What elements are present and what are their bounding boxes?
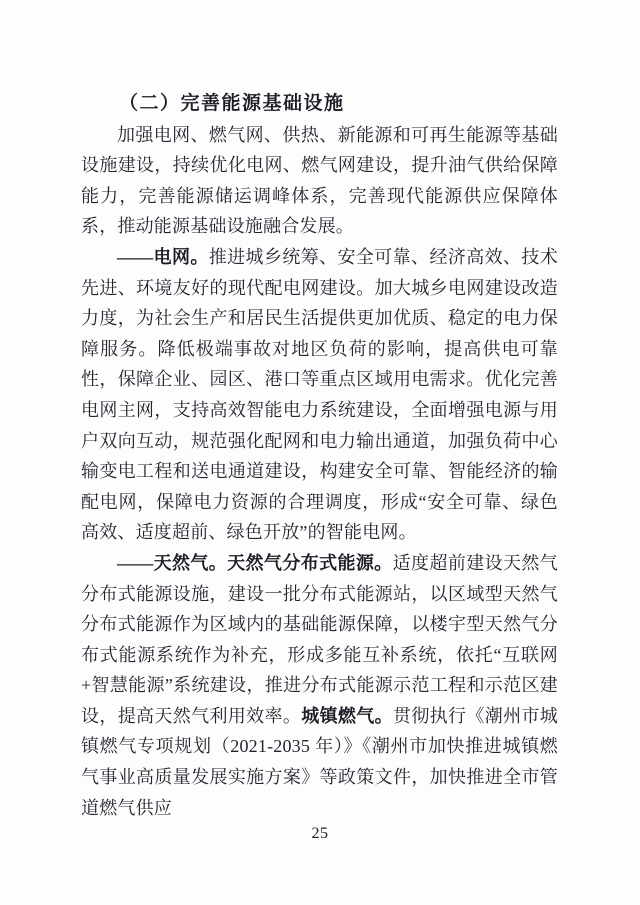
paragraph: ——电网。推进城乡统筹、安全可靠、经济高效、技术先进、环境友好的现代配电网建设。…	[81, 242, 558, 548]
bold-text-run: ——电网。	[117, 247, 209, 267]
text-run: 适度超前建设天然气分布式能源设施，建设一批分布式能源站，以区域型天然气分布式能源…	[81, 553, 558, 726]
text-run: 推进城乡统筹、安全可靠、经济高效、技术先进、环境友好的现代配电网建设。加大城乡电…	[81, 247, 558, 542]
paragraph-container: 加强电网、燃气网、供热、新能源和可再生能源等基础设施建设，持续优化电网、燃气网建…	[81, 120, 558, 824]
bold-text-run: 城镇燃气。	[301, 706, 393, 726]
document-content: （二）完善能源基础设施 加强电网、燃气网、供热、新能源和可再生能源等基础设施建设…	[81, 89, 558, 823]
paragraph: ——天然气。天然气分布式能源。适度超前建设天然气分布式能源设施，建设一批分布式能…	[81, 548, 558, 823]
bold-text-run: ——天然气。天然气分布式能源。	[117, 553, 393, 573]
page-number: 25	[0, 825, 640, 843]
paragraph: 加强电网、燃气网、供热、新能源和可再生能源等基础设施建设，持续优化电网、燃气网建…	[81, 120, 558, 242]
document-page: （二）完善能源基础设施 加强电网、燃气网、供热、新能源和可再生能源等基础设施建设…	[0, 0, 640, 905]
section-heading: （二）完善能源基础设施	[81, 89, 558, 120]
text-run: 加强电网、燃气网、供热、新能源和可再生能源等基础设施建设，持续优化电网、燃气网建…	[81, 125, 558, 237]
